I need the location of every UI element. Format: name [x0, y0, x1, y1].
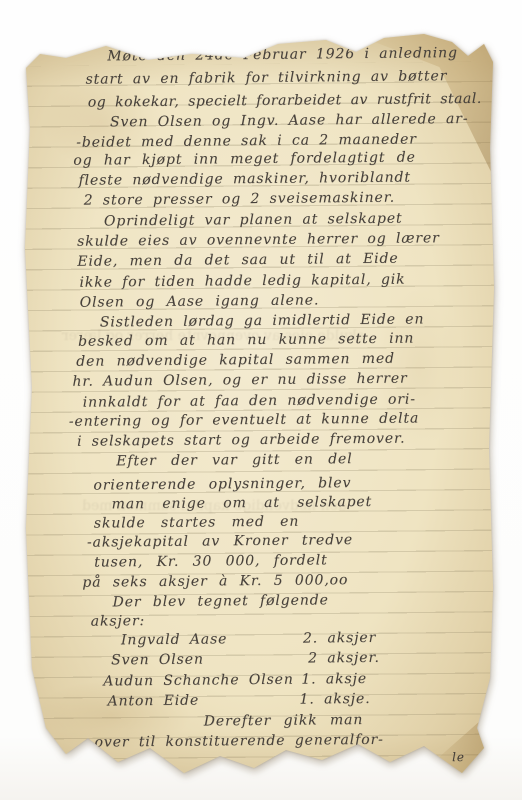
- handwritten-line: innkaldt for at faa den nødvendige ori-: [83, 391, 416, 410]
- handwritten-line: Sven Olsen og Ingv. Aase har allerede ar…: [110, 111, 469, 130]
- share-holder-amount: 1. aksje.: [299, 691, 370, 708]
- handwriting-layer: Møte den 24de Februar 1926 i anledning s…: [19, 26, 498, 792]
- photo-background: skulde eies av ovennevnte herrer og lære…: [0, 0, 522, 800]
- handwritten-line: man enige om at selskapet: [112, 494, 373, 512]
- handwritten-line: fleste nødvendige maskiner, hvoriblandt: [78, 170, 411, 189]
- handwritten-line: le: [452, 750, 465, 764]
- handwritten-line: tusen, Kr. 30 000, fordelt: [94, 552, 328, 570]
- handwritten-line: Sistleden lørdag ga imidlertid Eide en: [100, 311, 425, 330]
- share-holder-amount: 1. aksje: [301, 671, 367, 688]
- handwritten-line: Møte den 24de Februar 1926 i anledning: [107, 45, 458, 64]
- handwritten-line: og kokekar, specielt forarbeidet av rust…: [88, 91, 482, 111]
- handwritten-line: -entering og for eventuelt at kunne delt…: [69, 410, 420, 429]
- handwritten-line: -beidet med denne sak i ca 2 maaneder: [76, 131, 417, 150]
- paper-sheet: skulde eies av ovennevnte herrer og lære…: [22, 28, 494, 790]
- handwritten-line: Eide, men da det saa ut til at Eide: [77, 251, 398, 270]
- handwritten-line: 2 store presser og 2 sveisemaskiner.: [84, 190, 395, 209]
- handwritten-line: aksjer:: [91, 613, 146, 630]
- handwritten-line: ikke for tiden hadde ledig kapital, gik: [79, 272, 405, 291]
- handwritten-line: skulde startes med en: [94, 514, 300, 532]
- handwritten-line: -over til konstituerende generalfor-: [89, 732, 384, 751]
- handwritten-line: start av en fabrik for tilvirkning av bø…: [85, 68, 447, 87]
- handwritten-line: hr. Audun Olsen, og er nu disse herrer: [72, 371, 407, 390]
- share-holder-name: Sven Olsen: [111, 652, 204, 669]
- paper-surface: skulde eies av ovennevnte herrer og lære…: [22, 28, 494, 790]
- handwritten-line: -aksjekapital av Kroner tredve: [87, 532, 353, 551]
- handwritten-line: og har kjøpt inn meget fordelagtigt de: [73, 149, 416, 168]
- share-holder-name: Anton Eide: [107, 693, 199, 710]
- share-holder-amount: 2. aksjer: [303, 630, 376, 647]
- handwritten-line: Derefter gikk man: [204, 712, 364, 730]
- share-holder-name: Ingvald Aase: [121, 631, 228, 648]
- handwritten-line: Olsen og Aase igang alene.: [80, 292, 320, 310]
- handwritten-line: besked om at han nu kunne sette inn: [78, 331, 414, 350]
- handwritten-line: den nødvendige kapital sammen med: [76, 351, 395, 370]
- handwritten-line: i selskapets start og arbeide fremover.: [77, 431, 406, 450]
- handwritten-line: Oprindeligt var planen at selskapet: [104, 211, 403, 230]
- share-holder-amount: 2 aksjer.: [308, 650, 380, 667]
- handwritten-line: på seks aksjer à Kr. 5 000,oo: [82, 572, 348, 591]
- handwritten-line: Der blev tegnet følgende: [113, 592, 329, 610]
- handwritten-line: orienterende oplysninger, blev: [93, 475, 351, 493]
- crease-line: [357, 0, 476, 38]
- share-holder-name: Audun Schanche Olsen: [103, 672, 294, 690]
- handwritten-line: Efter der var gitt en del: [116, 451, 353, 469]
- handwritten-line: skulde eies av ovennevnte herrer og lære…: [77, 230, 440, 249]
